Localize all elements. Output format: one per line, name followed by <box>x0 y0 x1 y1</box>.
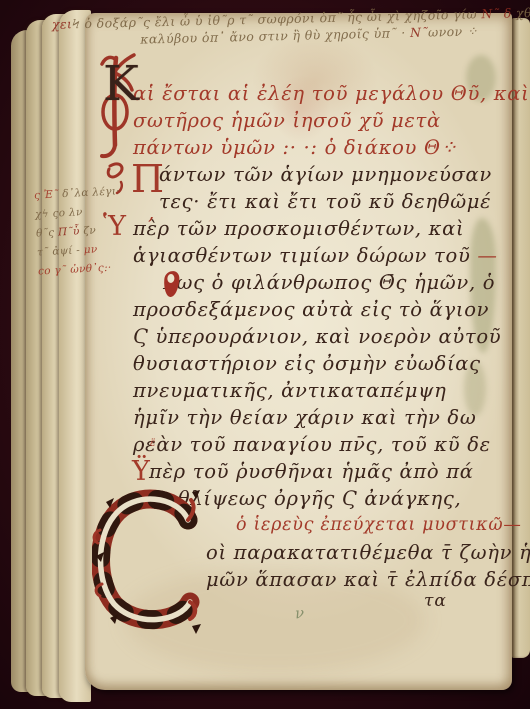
text-segment: Ϛ ὑπερουράνιον, καὶ νοερὸν αὐτοῦ <box>133 325 501 348</box>
marginalia-text: Ν῀ <box>410 25 428 40</box>
text-line: ρεὰν τοῦ παναγίου πν̄ς, τοῦ κῦ δε <box>133 431 511 458</box>
text-segment: άντων τῶν ἁγίων μνημονεύσαν <box>159 163 492 186</box>
text-segment: πὲρ τῶν προσκομισθέντων, καὶ <box>133 217 464 240</box>
text-line: ἁγιασθέντων τιμίων δώρων τοῦ — <box>133 242 511 269</box>
text-line: πνευματικῆς, ἀντικαταπέμψη <box>133 377 511 404</box>
big-initial-sigma-ornament <box>92 488 204 638</box>
text-segment: οὶ παρακατατιθέμεθα τ̄ ζωὴν ἡ <box>206 541 530 564</box>
text-line: πάντων ὑμῶν :· ·: ὁ διάκου Θ⁘ <box>133 134 511 161</box>
red-margin-mark: ε̈ <box>150 438 155 449</box>
text-line: σωτῆρος ἡμῶν ἰησοῦ χῦ μετὰ <box>133 107 511 134</box>
marginalia-text: θ῀ς <box>36 226 59 239</box>
catchword: τα <box>424 591 447 611</box>
text-segment: πνευματικῆς, ἀντικαταπέμψη <box>133 379 447 402</box>
marginalia-text: Π῀ὗ <box>58 225 80 238</box>
text-line: Ὑπὲρ τῶν προσκομισθέντων, καὶ <box>133 215 511 242</box>
marginalia-text: χει <box>52 16 73 31</box>
text-line: πως ὁ φιλάνθρωπος Θ̄ς ἡμῶν, ὁ <box>163 269 511 296</box>
text-line: Πάντων τῶν ἁγίων μνημονεύσαν <box>159 161 511 188</box>
marginalia-text: χθ ὑς· <box>516 4 530 20</box>
marginalia-text: ζν <box>79 224 96 237</box>
text-segment: τες· ἔτι καὶ ἔτι τοῦ κῦ δεηθῶμέ <box>159 190 491 213</box>
text-segment: — <box>477 244 497 267</box>
text-segment: ἁγιασθέντων τιμίων δώρων τοῦ <box>133 244 477 267</box>
text-segment: μῶν ἅπασαν καὶ τ̄ ἐλπίδα δέσπο <box>206 568 530 591</box>
rubric-line: ὁ ἱερεὺς ἐπεύχεται μυστικῶ— <box>236 512 511 539</box>
marginalia-text: Ν῀ δ <box>481 5 516 21</box>
manuscript-photo: { "title": "Greek liturgical manuscript … <box>0 0 530 709</box>
margin-initial: Ϋ <box>132 458 151 485</box>
text-segment: πὲρ τοῦ ῥυσθῆναι ἡμᾶς ἀπὸ πά <box>149 460 474 483</box>
text-line: Ϛ ὑπερουράνιον, καὶ νοερὸν αὐτοῦ <box>133 323 511 350</box>
text-line: τες· ἔτι καὶ ἔτι τοῦ κῦ δεηθῶμέ <box>159 188 511 215</box>
marginalia-text: δ᾽λα λέγι· <box>58 185 120 200</box>
marginalia-text: ωνον ⁘ <box>428 23 478 39</box>
text-line: θυσιαστήριον εἰς ὀσμὴν εὐωδίας <box>133 350 511 377</box>
drop-cap-kappa: Κ <box>103 60 139 108</box>
text-line: Ϋπὲρ τοῦ ῥυσθῆναι ἡμᾶς ἀπὸ πά <box>149 458 511 485</box>
marginalia-text: χϟ ςο λν <box>35 206 83 220</box>
text-segment: πως ὁ φιλάνθρωπος Θ̄ς ἡμῶν, ὁ <box>163 271 495 294</box>
text-segment: ὁ ἱερεὺς ἐπεύχεται μυστικῶ— <box>236 515 522 535</box>
text-segment: θυσιαστήριον εἰς ὀσμὴν εὐωδίας <box>133 352 481 375</box>
quire-mark: ν <box>294 604 305 623</box>
text-segment: ρεὰν τοῦ παναγίου πν̄ς, τοῦ κῦ δε <box>133 433 491 456</box>
red-comma-mark: , <box>148 200 154 224</box>
text-line: προσδεξάμενος αὐτὰ εἰς τὸ ἅγιον <box>133 296 511 323</box>
text-line: οὶ παρακατατιθέμεθα τ̄ ζωὴν ἡ <box>206 539 511 566</box>
marginalia-text: μν <box>83 243 97 256</box>
text-segment: σωτῆρος ἡμῶν ἰησοῦ χῦ μετὰ <box>133 109 441 132</box>
text-segment: πάντων ὑμῶν :· ·: ὁ διάκου Θ⁘ <box>133 136 458 159</box>
text-line: μῶν ἅπασαν καὶ τ̄ ἐλπίδα δέσπο <box>206 566 511 593</box>
text-line: ἡμῖν τὴν θείαν χάριν καὶ τὴν δω <box>133 404 511 431</box>
text-segment: προσδεξάμενος αὐτὰ εἰς τὸ ἅγιον <box>133 298 489 321</box>
marginalia-text: ϲο γ῀ ὠνθ᾽ς:· <box>38 262 112 278</box>
text-segment: αἱ ἔσται αἱ ἐλέη τοῦ μεγάλου Θῦ, καὶ <box>133 82 530 105</box>
text-segment: ἡμῖν τὴν θείαν χάριν καὶ τὴν δω <box>133 406 476 429</box>
text-line: αἱ ἔσται αἱ ἐλέη τοῦ μεγάλου Θῦ, καὶ <box>133 80 511 107</box>
marginalia-text: τ῀ ἀψί - <box>37 244 84 258</box>
left-marginalia: ς Ἐ῀ δ᾽λα λέγι·χϟ ςο λνθ῀ς Π῀ὗ ζντ῀ ἀψί … <box>34 181 139 281</box>
marginalia-text: ς Ἐ῀ <box>34 188 59 201</box>
